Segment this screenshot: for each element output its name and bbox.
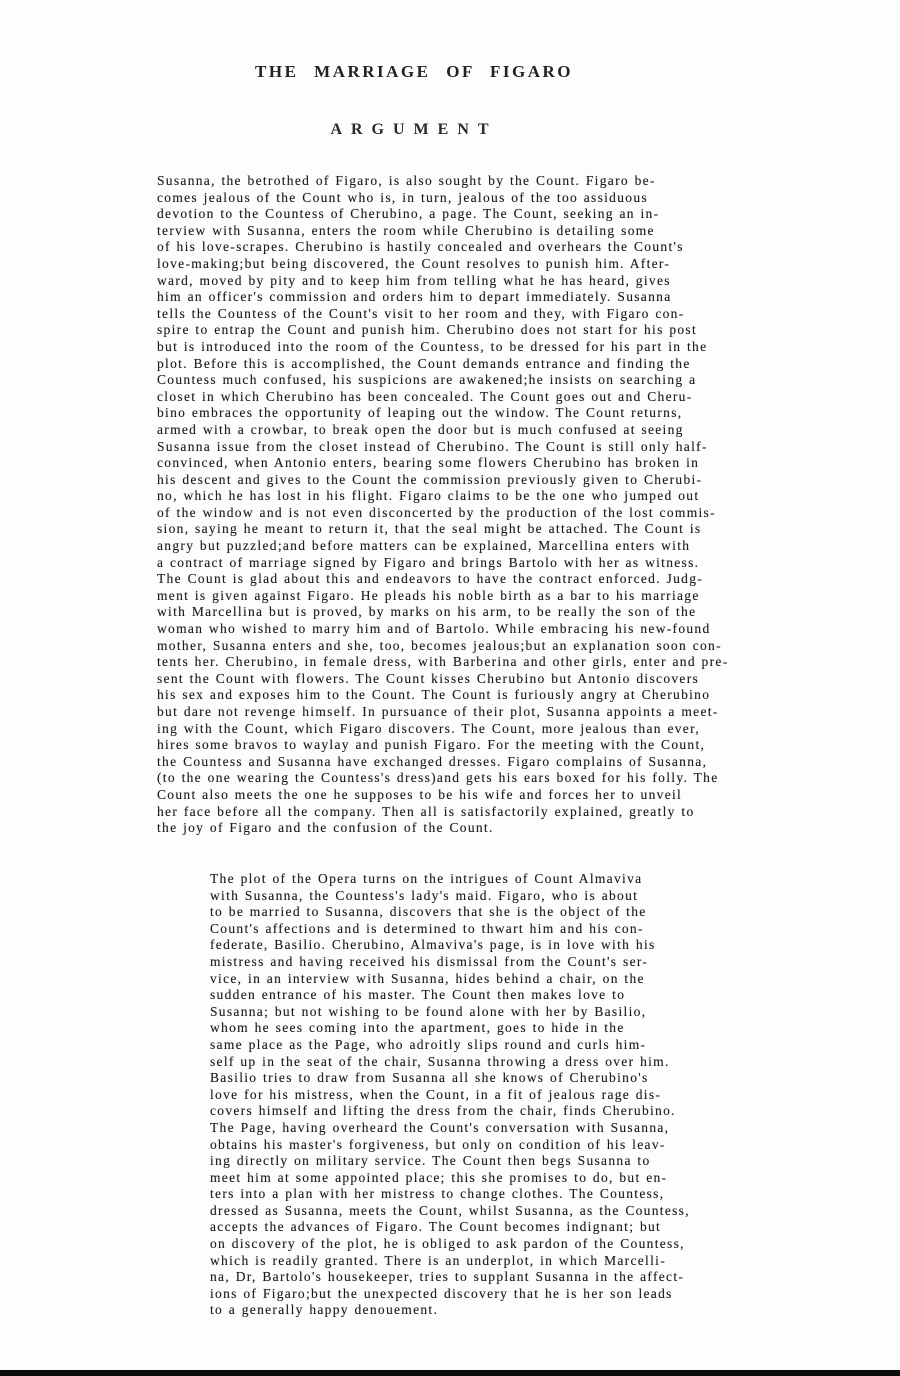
scanned-book-page: THE MARRIAGE OF FIGARO ARGUMENT Susanna,… <box>0 0 900 1376</box>
synopsis-paragraph: The plot of the Opera turns on the intri… <box>210 871 715 1319</box>
scan-edge-bar <box>0 1370 900 1376</box>
argument-paragraph: Susanna, the betrothed of Figaro, is als… <box>157 173 757 837</box>
page-title: THE MARRIAGE OF FIGARO <box>0 62 828 82</box>
argument-heading: ARGUMENT <box>0 121 828 139</box>
